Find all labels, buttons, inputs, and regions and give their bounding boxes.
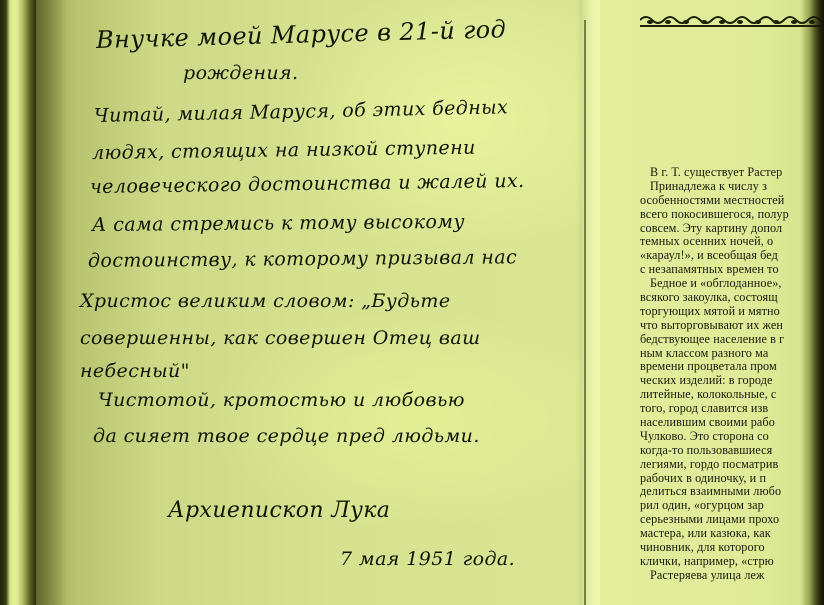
printed-line: рил один, «огурцом зар [640,499,824,513]
printed-line: делиться взаимными любо [640,485,824,499]
printed-line: литейные, колокольные, с [640,388,824,402]
printed-line: В г. Т. существует Растер [640,166,824,180]
printed-line: бедствующее население в г [640,333,824,347]
printed-line: чиновник, для которого [640,541,824,555]
printed-line: времени процветала пром [640,360,824,374]
printed-line: легиями, гордо посматрив [640,458,824,472]
printed-line: Бедное и «обглоданное», [640,277,824,291]
printed-line: особенностями местностей [640,194,824,208]
printed-line: всего покосившегося, полур [640,208,824,222]
printed-line: что выторговывают их жен [640,319,824,333]
printed-line: мастера, или казюка, как [640,527,824,541]
right-page: В г. Т. существует Растер Принадлежа к ч… [600,0,824,605]
page-edge-shadow [810,0,824,605]
printed-line: «караул!», и всеобщая бед [640,249,824,263]
printed-line: торгующих мятой и мятно [640,305,824,319]
printed-line: Чулково. Это сторона со [640,430,824,444]
printed-line: клички, например, «стрю [640,555,824,569]
printed-line: населившим своими рабо [640,416,824,430]
printed-line: ным классом разного ма [640,347,824,361]
printed-line: с незапамятных времен то [640,263,824,277]
printed-line: Принадлежа к числу з [640,180,824,194]
ornament-rule [640,25,824,27]
printed-line: серьезными лицами прохо [640,513,824,527]
printed-line: Растеряева улица леж [640,569,824,583]
gutter-fold-line [584,20,586,605]
printed-line: когда-то пользовавшиеся [640,444,824,458]
printed-line: темных осенних ночей, о [640,235,824,249]
printed-line: совсем. Эту картину допол [640,222,824,236]
printed-text-block: В г. Т. существует Растер Принадлежа к ч… [640,166,824,583]
left-page [36,0,584,605]
printed-line: того, город славится изв [640,402,824,416]
printed-line: ческих изделий: в городе [640,374,824,388]
printed-line: рабочих в одиночку, и п [640,472,824,486]
printed-line: всякого закоулка, состоящ [640,291,824,305]
